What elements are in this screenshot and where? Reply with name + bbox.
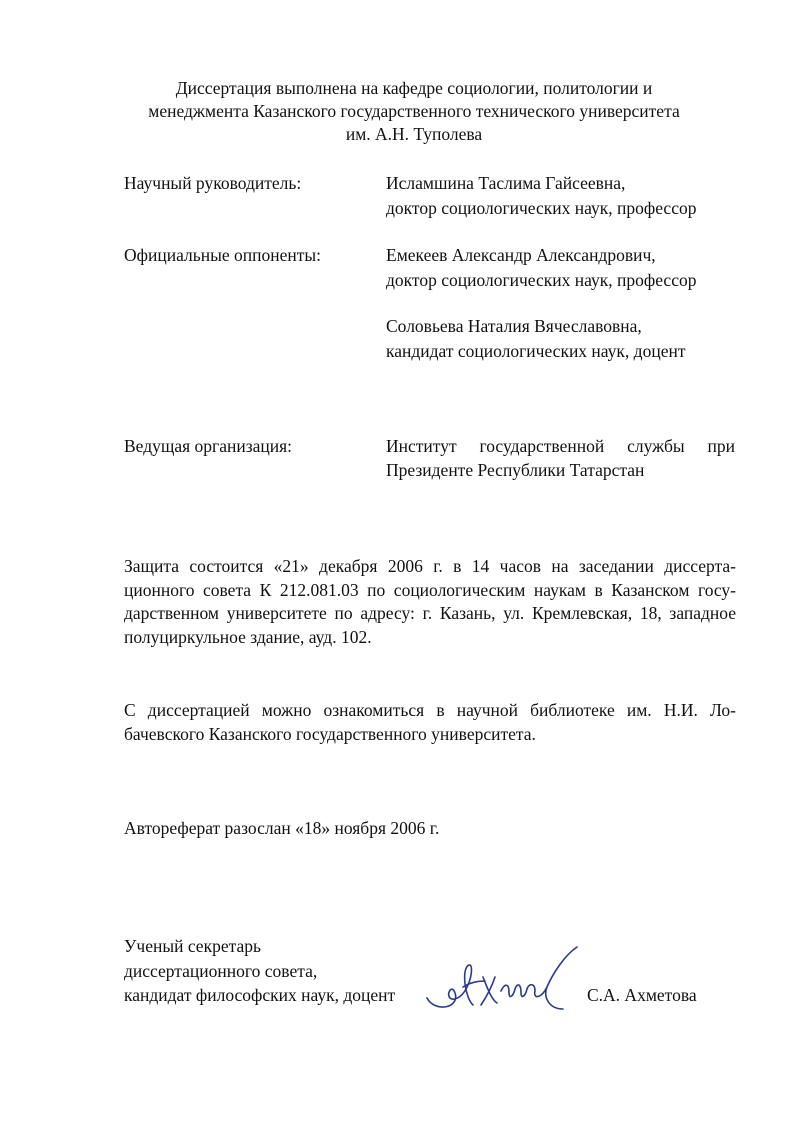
header-line-1: Диссертация выполнена на кафедре социоло… <box>100 77 728 100</box>
lead-org-word: при <box>708 436 735 457</box>
lead-org-line-2: Президенте Республики Татарстан <box>386 460 644 481</box>
defense-line-3: дарственном университете по адресу: г. К… <box>124 602 736 626</box>
defense-paragraph: Защита состоится «21» декабря 2006 г. в … <box>124 555 736 649</box>
defense-line-4: полуциркульное здание, ауд. 102. <box>124 626 736 650</box>
secretary-line-3: кандидат философских наук, доцент <box>124 985 395 1006</box>
lead-org-word: службы <box>627 436 685 457</box>
library-paragraph: С диссертацией можно ознакомиться в науч… <box>124 699 736 746</box>
supervisor-name: Исламшина Таслима Гайсеевна, <box>386 173 625 194</box>
defense-line-2: ционного совета К 212.081.03 по социолог… <box>0 579 736 603</box>
defense-line-2-text: ционного совета К 212.081.03 по социолог… <box>124 579 736 603</box>
opponents-label: Официальные оппоненты: <box>124 245 321 266</box>
document-header: Диссертация выполнена на кафедре социоло… <box>100 77 728 146</box>
library-line-2: бачевского Казанского государственного у… <box>124 723 736 747</box>
opponent-1-title: доктор социологических наук, профессор <box>386 270 696 291</box>
lead-org-line-1: Институт государственной службы при <box>386 436 735 457</box>
header-line-2: менеджмента Казанского государственного … <box>100 100 728 123</box>
secretary-line-1: Ученый секретарь <box>124 936 261 957</box>
secretary-line-2: диссертационного совета, <box>124 961 317 982</box>
defense-line-1-text: Защита состоится «21» декабря 2006 г. в … <box>124 555 736 579</box>
library-line-1: С диссертацией можно ознакомиться в науч… <box>124 699 736 723</box>
signature-icon <box>425 943 585 1018</box>
opponent-2-title: кандидат социологических наук, доцент <box>386 341 685 362</box>
lead-org-word: Институт <box>386 436 457 457</box>
mailing-date: Автореферат разослан «18» ноября 2006 г. <box>124 818 439 839</box>
header-line-3: им. А.Н. Туполева <box>100 123 728 146</box>
lead-org-label: Ведущая организация: <box>124 436 292 457</box>
supervisor-title: доктор социологических наук, профессор <box>386 198 696 219</box>
defense-line-1: Защита состоится «21» декабря 2006 г. в … <box>124 555 736 579</box>
supervisor-label: Научный руководитель: <box>124 173 301 194</box>
lead-org-word: государственной <box>479 436 604 457</box>
secretary-name: С.А. Ахметова <box>587 985 697 1006</box>
opponent-1-name: Емекеев Александр Александрович, <box>386 245 656 266</box>
opponent-2-name: Соловьева Наталия Вячеславовна, <box>386 316 642 337</box>
